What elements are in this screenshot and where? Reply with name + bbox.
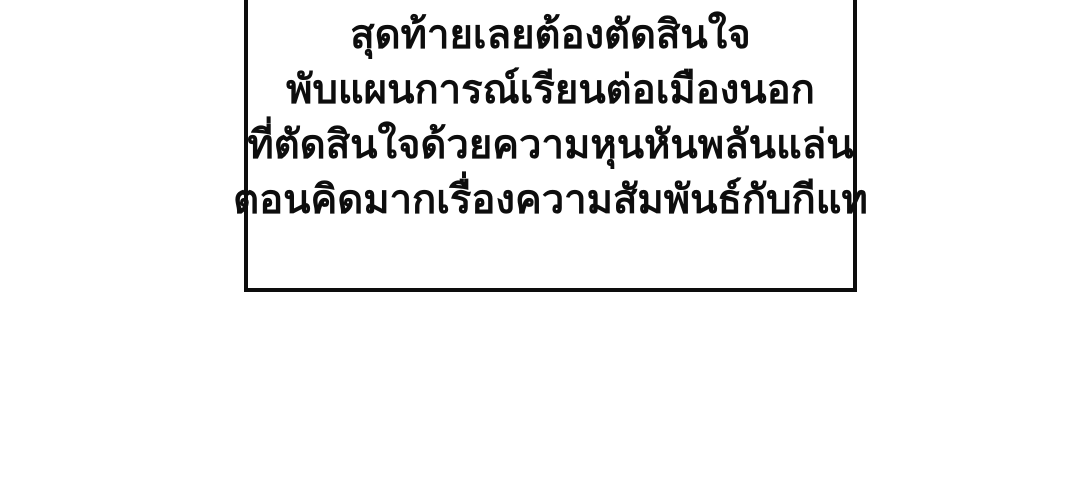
comic-page: สุดท้ายเลยต้องตัดสินใจ พับแผนการณ์เรียนต…	[0, 0, 1080, 486]
caption-line-1: สุดท้ายเลยต้องตัดสินใจ	[350, 8, 751, 63]
caption-line-3: ที่ตัดสินใจด้วยความหุนหันพลันแล่น	[247, 118, 853, 173]
narration-caption-box: สุดท้ายเลยต้องตัดสินใจ พับแผนการณ์เรียนต…	[244, 0, 857, 292]
caption-line-2: พับแผนการณ์เรียนต่อเมืองนอก	[286, 63, 815, 118]
caption-line-4: ตอนคิดมากเรื่องความสัมพันธ์กับกีแท	[233, 173, 868, 228]
